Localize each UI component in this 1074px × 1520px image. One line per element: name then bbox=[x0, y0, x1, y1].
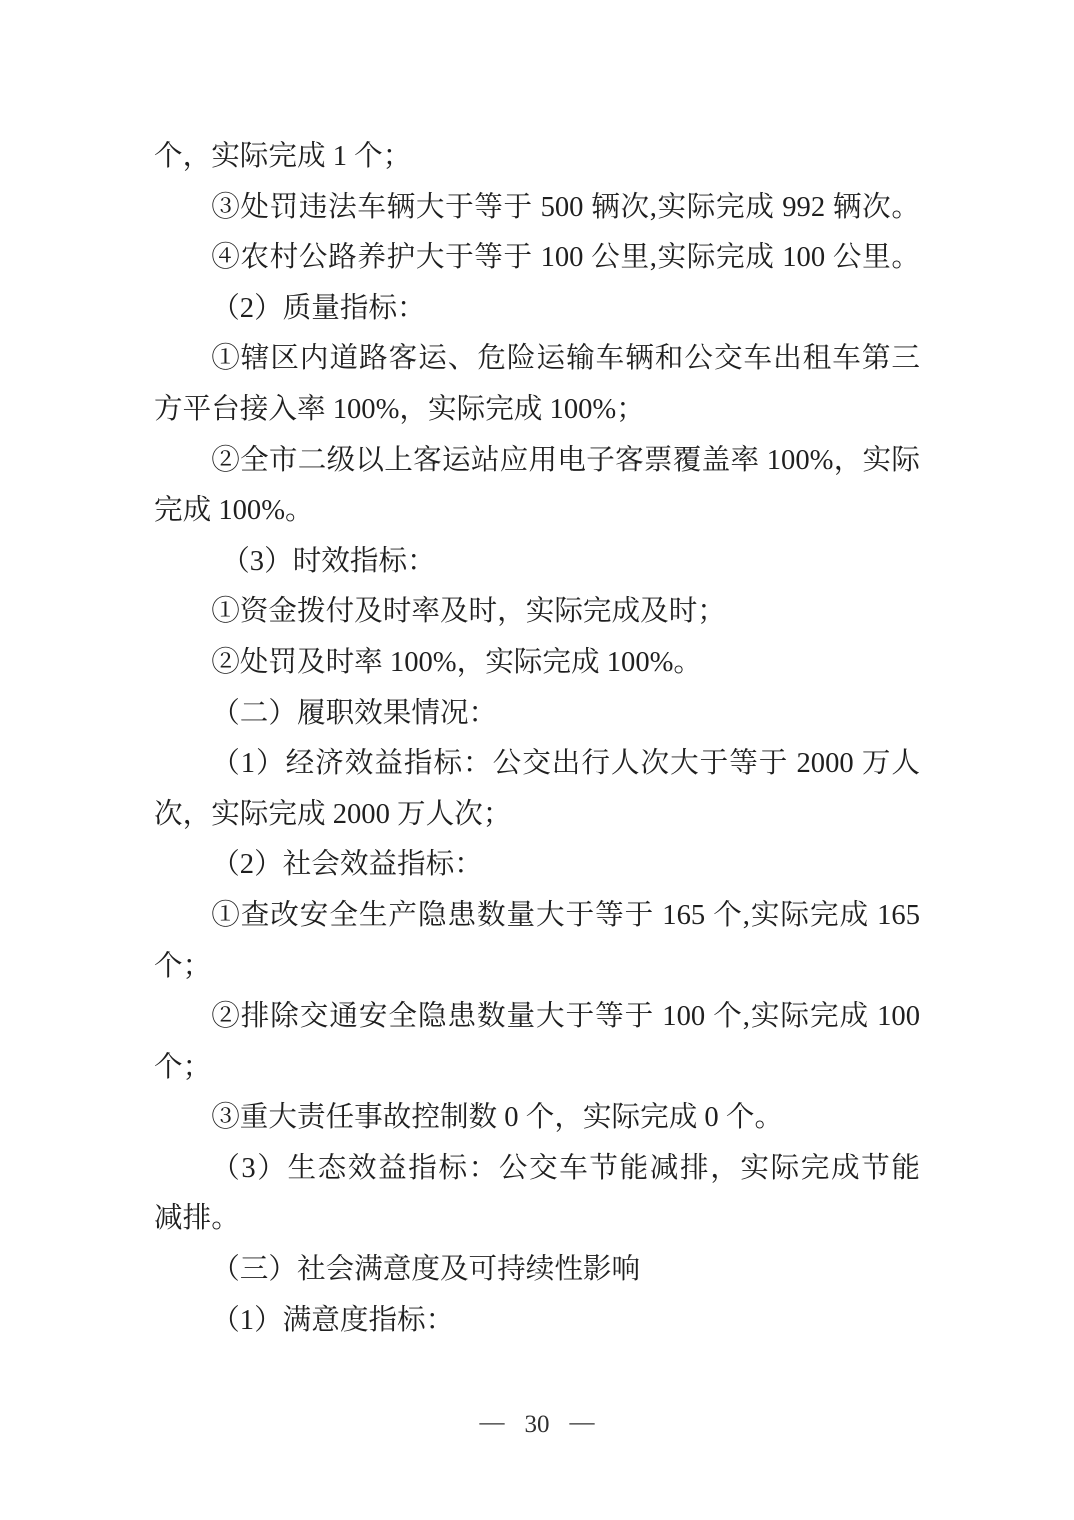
text-line: ②排除交通安全隐患数量大于等于 100 个,实际完成 100 bbox=[154, 992, 920, 1043]
text-line: 方平台接入率 100%，实际完成 100%； bbox=[154, 385, 920, 436]
page-footer: —30— bbox=[0, 1405, 1074, 1445]
text-line: （2）社会效益指标： bbox=[154, 840, 920, 891]
text-line: （3）生态效益指标：公交车节能减排，实际完成节能 bbox=[154, 1144, 920, 1195]
text-line: （3）时效指标： bbox=[154, 537, 920, 588]
text-line: ③处罚违法车辆大于等于 500 辆次,实际完成 992 辆次。 bbox=[154, 183, 920, 234]
footer-dash-left: — bbox=[480, 1409, 505, 1436]
text-line: ①查改安全生产隐患数量大于等于 165 个,实际完成 165 bbox=[154, 891, 920, 942]
text-line: 个，实际完成 1 个； bbox=[154, 132, 920, 183]
text-line: （1）经济效益指标：公交出行人次大于等于 2000 万人 bbox=[154, 739, 920, 790]
text-line: 次，实际完成 2000 万人次； bbox=[154, 790, 920, 841]
text-line: ①辖区内道路客运、危险运输车辆和公交车出租车第三 bbox=[154, 334, 920, 385]
text-line: ②全市二级以上客运站应用电子客票覆盖率 100%，实际 bbox=[154, 436, 920, 487]
text-line: （1）满意度指标： bbox=[154, 1296, 920, 1347]
text-line: ④农村公路养护大于等于 100 公里,实际完成 100 公里。 bbox=[154, 233, 920, 284]
text-line: 个； bbox=[154, 1043, 920, 1094]
text-line: ③重大责任事故控制数 0 个，实际完成 0 个。 bbox=[154, 1093, 920, 1144]
text-line: 减排。 bbox=[154, 1194, 920, 1245]
text-line: 个； bbox=[154, 942, 920, 993]
text-line: （三）社会满意度及可持续性影响 bbox=[154, 1245, 920, 1296]
text-line: （2）质量指标： bbox=[154, 284, 920, 335]
page-body: 个，实际完成 1 个；③处罚违法车辆大于等于 500 辆次,实际完成 992 辆… bbox=[154, 132, 920, 1346]
text-line: 完成 100%。 bbox=[154, 486, 920, 537]
text-line: ①资金拨付及时率及时，实际完成及时； bbox=[154, 587, 920, 638]
document-page: 个，实际完成 1 个；③处罚违法车辆大于等于 500 辆次,实际完成 992 辆… bbox=[0, 0, 1074, 1520]
text-line: （二）履职效果情况： bbox=[154, 689, 920, 740]
footer-dash-right: — bbox=[570, 1409, 595, 1436]
text-line: ②处罚及时率 100%，实际完成 100%。 bbox=[154, 638, 920, 689]
page-number: 30 bbox=[525, 1411, 550, 1438]
